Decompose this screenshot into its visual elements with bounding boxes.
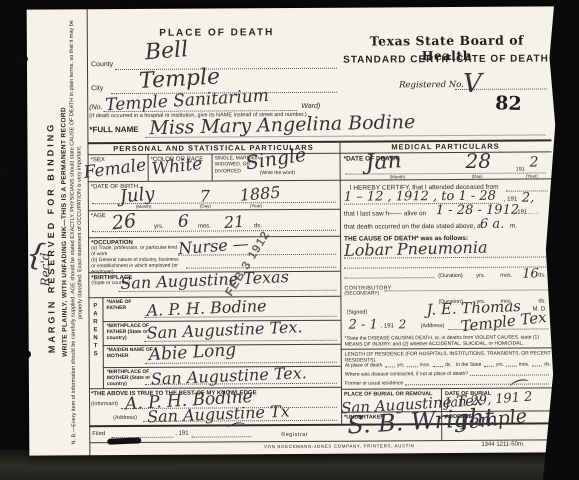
physician-address-label: (Address) bbox=[421, 323, 445, 329]
sex-cell-divider bbox=[148, 154, 149, 181]
sex-row-rule bbox=[88, 180, 340, 183]
signed-date-hand: 2 bbox=[399, 317, 407, 331]
residence-duration-row: At place of death yrs. mos. ds. In the S… bbox=[345, 362, 551, 369]
former-residence-label: Former or usual residence bbox=[345, 381, 403, 387]
age-yrs-label: yrs. bbox=[154, 224, 164, 231]
ink-blob bbox=[107, 437, 141, 444]
county-value: Bell bbox=[144, 37, 189, 65]
residence-top-rule bbox=[341, 347, 553, 349]
at-place-label: At place of death bbox=[345, 363, 383, 369]
res-mos-label-2: mos. bbox=[519, 363, 530, 369]
attended-tail-hand: 2, bbox=[522, 191, 534, 206]
filed-year-label: , 191 bbox=[175, 431, 188, 438]
father-name-rule bbox=[145, 316, 337, 318]
contrib-ds-label: ds. bbox=[538, 298, 545, 304]
res-yrs-label-2: yrs. bbox=[496, 363, 504, 369]
cause-rule-1 bbox=[344, 256, 548, 258]
full-name-label: *FULL NAME bbox=[89, 125, 138, 134]
color-cell-divider bbox=[212, 153, 213, 180]
last-saw-tail: , 191…… bbox=[514, 209, 539, 216]
where-contracted-label: Where was disease contracted, if not at … bbox=[345, 372, 468, 379]
cause-mos-label: mos. bbox=[500, 273, 512, 279]
dod-month-value: Jan bbox=[365, 148, 403, 176]
ward-label: Ward) bbox=[301, 103, 320, 111]
cause-duration-label: (Duration) bbox=[438, 273, 462, 279]
dob-day-sublabel: (Day) bbox=[200, 203, 211, 208]
mother-name-value: Abie Long bbox=[148, 340, 236, 365]
contributory-rule bbox=[384, 289, 548, 291]
marital-note: (Write the word) bbox=[260, 171, 296, 177]
margin-nb-note: N. B.—Every item of information should b… bbox=[69, 15, 85, 449]
county-label: County bbox=[91, 61, 113, 69]
form-number: 1344 1211-50m. bbox=[481, 442, 524, 449]
dob-month-sublabel: (Month) bbox=[136, 204, 152, 209]
informant-label: (Informant) bbox=[91, 401, 118, 407]
mother-name-rule bbox=[145, 362, 337, 364]
cause-rule-2 bbox=[344, 266, 548, 268]
street-no-label: (No. bbox=[89, 104, 102, 112]
age-mos-label: mos. bbox=[198, 223, 211, 230]
cause-duration-days-value: 16 bbox=[522, 266, 539, 281]
father-birthplace-rule bbox=[145, 340, 337, 342]
filed-label: Filed bbox=[92, 431, 105, 438]
death-time-value: 6 a. bbox=[480, 217, 504, 232]
death-occurred-text: that death occurred on the date stated a… bbox=[344, 223, 482, 231]
death-m-label: m. bbox=[510, 223, 517, 231]
contributory-sublabel: (SECONDARY) bbox=[344, 291, 379, 297]
certificate-title: STANDARD CERTIFICATE OF DEATH bbox=[343, 53, 549, 66]
color-value: White bbox=[151, 154, 204, 179]
res-yrs-label-1: yrs. bbox=[397, 363, 405, 369]
city-label: City bbox=[91, 85, 103, 93]
cause-rule-3 bbox=[344, 277, 434, 279]
res-ds-label-1: ds. bbox=[445, 363, 452, 369]
parents-divider bbox=[102, 297, 104, 389]
margin-reserved-text: MARGIN RESERVED FOR BINDING bbox=[45, 37, 58, 437]
res-mos-label-1: mos. bbox=[420, 363, 431, 369]
place-of-death-heading: PLACE OF DEATH bbox=[87, 27, 347, 40]
dod-year-print: 191 bbox=[516, 167, 525, 173]
last-saw-value: 1 - 28 - 1912 bbox=[436, 203, 519, 219]
registered-no-value: 82 bbox=[495, 92, 522, 115]
signed-date-value: 2 - 1 bbox=[349, 317, 378, 332]
death-certificate: { Rec'd MARGIN RESERVED FOR BINDING WRIT… bbox=[27, 6, 558, 455]
registrar-label: Registrar bbox=[281, 432, 308, 438]
age-label: *AGE bbox=[91, 213, 106, 220]
dob-year-sublabel: (Year) bbox=[250, 203, 262, 208]
state-note: *State the DISEASE CAUSING DEATH, or, in… bbox=[345, 334, 551, 347]
dod-day-value: 28 bbox=[466, 149, 492, 173]
age-years-value: 26 bbox=[111, 210, 137, 235]
registered-check-mark: V bbox=[463, 69, 482, 99]
cause-ds-label: ds. bbox=[538, 272, 545, 278]
cause-yrs-label: yrs. bbox=[476, 273, 485, 279]
informant-address-label: (Address) bbox=[113, 415, 137, 421]
dob-year-value: 1885 bbox=[239, 183, 281, 205]
res-ds-label-2: ds. bbox=[544, 362, 551, 368]
in-state-label: In the State bbox=[456, 363, 482, 369]
age-months-value: 6 bbox=[178, 212, 189, 232]
father-name-label: *NAME OF FATHER bbox=[106, 300, 150, 312]
last-saw-text: that I last saw h—— alive on bbox=[344, 210, 426, 218]
dod-row-rule bbox=[340, 178, 552, 180]
printer-imprint: VON BOECKMANN-JONES COMPANY, PRINTERS, A… bbox=[219, 443, 459, 450]
column-divider bbox=[339, 141, 342, 424]
age-days-value: 21 bbox=[223, 212, 245, 232]
dod-year-hand: 2 bbox=[530, 154, 539, 170]
edge-blob bbox=[0, 166, 8, 182]
parents-label: PARENTS bbox=[91, 303, 98, 389]
signed-label: (Signed) bbox=[346, 310, 367, 316]
signed-date-print: , 191 bbox=[381, 323, 394, 330]
